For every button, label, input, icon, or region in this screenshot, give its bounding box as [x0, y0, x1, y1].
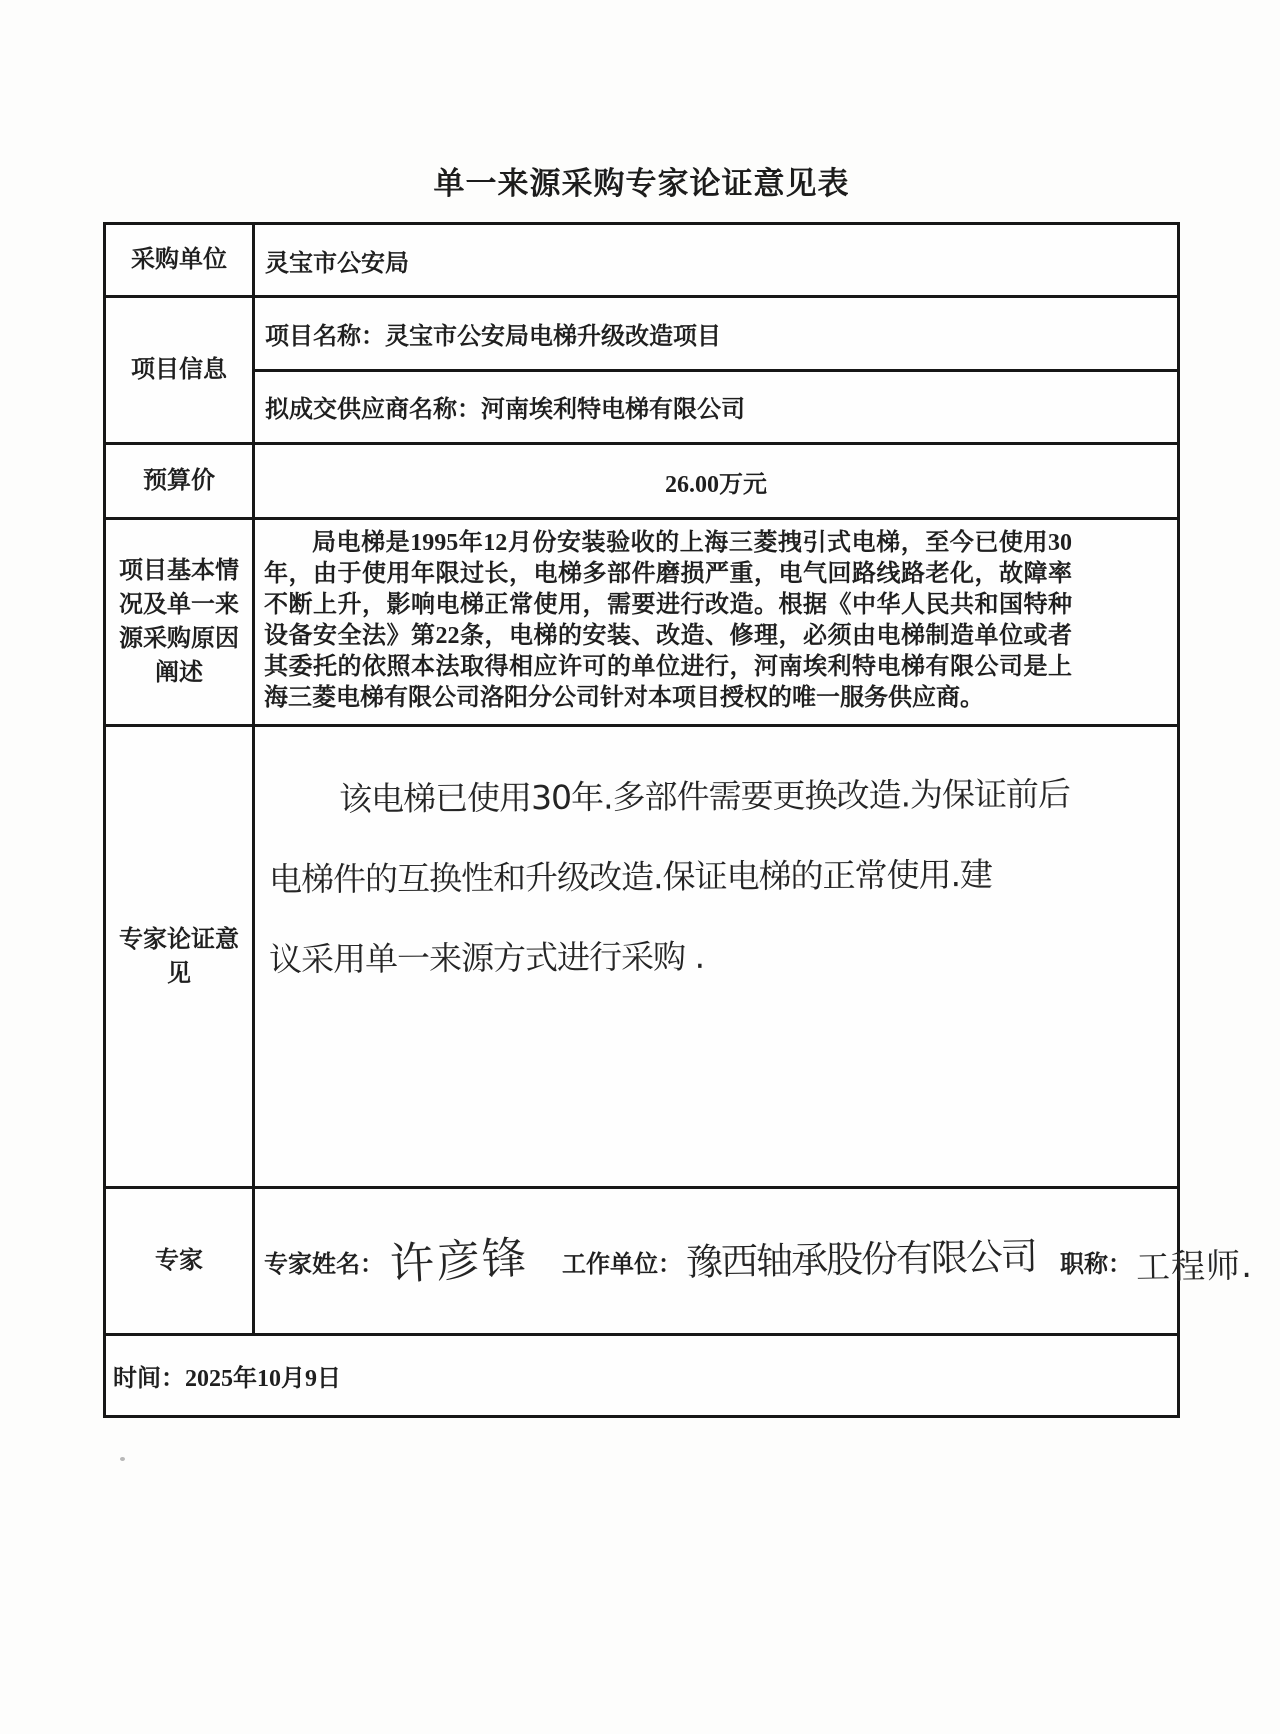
expert-org-handwriting: 豫西轴承股份有限公司 — [685, 1226, 1036, 1286]
expert-title-handwriting: 工程师. — [1136, 1237, 1254, 1288]
supplier-name-text: 拟成交供应商名称：河南埃利特电梯有限公司 — [255, 372, 1177, 443]
purchaser-value: 灵宝市公安局 — [255, 225, 1177, 295]
expert-label: 专家 — [106, 1189, 255, 1333]
time-text: 时间：2025年10月9日 — [106, 1336, 1177, 1415]
expert-org-label: 工作单位： — [562, 1244, 682, 1279]
handwritten-opinion-line: 该电梯已使用30年.多部件需要更换改造.为保证前后 — [255, 751, 1178, 837]
expert-name-handwriting: 许彦锋 — [388, 1221, 529, 1292]
row-project-info: 项目信息 项目名称：灵宝市公安局电梯升级改造项目 拟成交供应商名称：河南埃利特电… — [106, 298, 1177, 445]
budget-value: 26.00万元 — [255, 445, 1177, 517]
purchaser-label: 采购单位 — [106, 225, 255, 295]
form-table: 采购单位 灵宝市公安局 项目信息 项目名称：灵宝市公安局电梯升级改造项目 拟成交… — [103, 222, 1180, 1418]
scan-speck — [120, 1457, 125, 1461]
reason-paragraph: 局电梯是1995年12月份安装验收的上海三菱拽引式电梯，至今已使用30年，由于使… — [255, 520, 1177, 720]
handwritten-opinion-line: 议采用单一来源方式进行采购 . — [255, 911, 1178, 997]
row-budget: 预算价 26.00万元 — [106, 445, 1177, 520]
handwritten-opinion-line: 电梯件的互换性和升级改造.保证电梯的正常使用.建 — [255, 831, 1178, 917]
expert-opinion-cell: 该电梯已使用30年.多部件需要更换改造.为保证前后 电梯件的互换性和升级改造.保… — [255, 727, 1177, 1186]
expert-name-label: 专家姓名： — [264, 1244, 384, 1279]
row-expert-opinion: 专家论证意见 该电梯已使用30年.多部件需要更换改造.为保证前后 电梯件的互换性… — [106, 727, 1177, 1189]
row-purchaser: 采购单位 灵宝市公安局 — [106, 225, 1177, 298]
expert-title-label: 职称： — [1060, 1244, 1132, 1279]
project-name-text: 项目名称：灵宝市公安局电梯升级改造项目 — [255, 298, 1177, 372]
row-reason: 项目基本情况及单一来源采购原因阐述 局电梯是1995年12月份安装验收的上海三菱… — [106, 520, 1177, 727]
document-page: 单一来源采购专家论证意见表 采购单位 灵宝市公安局 项目信息 项目名称：灵宝市公… — [0, 0, 1280, 1734]
row-time: 时间：2025年10月9日 — [106, 1336, 1177, 1415]
reason-cell: 局电梯是1995年12月份安装验收的上海三菱拽引式电梯，至今已使用30年，由于使… — [255, 520, 1177, 724]
scanned-form-page: { "title": "单一来源采购专家论证意见表", "table": { "… — [0, 0, 1280, 1734]
expert-opinion-label: 专家论证意见 — [106, 727, 255, 1186]
reason-label: 项目基本情况及单一来源采购原因阐述 — [106, 520, 255, 724]
budget-label: 预算价 — [106, 445, 255, 517]
project-info-values: 项目名称：灵宝市公安局电梯升级改造项目 拟成交供应商名称：河南埃利特电梯有限公司 — [255, 298, 1177, 442]
project-info-label: 项目信息 — [106, 298, 255, 442]
row-expert: 专家 专家姓名： 许彦锋 工作单位： 豫西轴承股份有限公司 职称： 工程师. — [106, 1189, 1177, 1336]
expert-cell: 专家姓名： 许彦锋 工作单位： 豫西轴承股份有限公司 职称： 工程师. — [255, 1189, 1253, 1333]
document-title: 单一来源采购专家论证意见表 — [103, 158, 1180, 203]
